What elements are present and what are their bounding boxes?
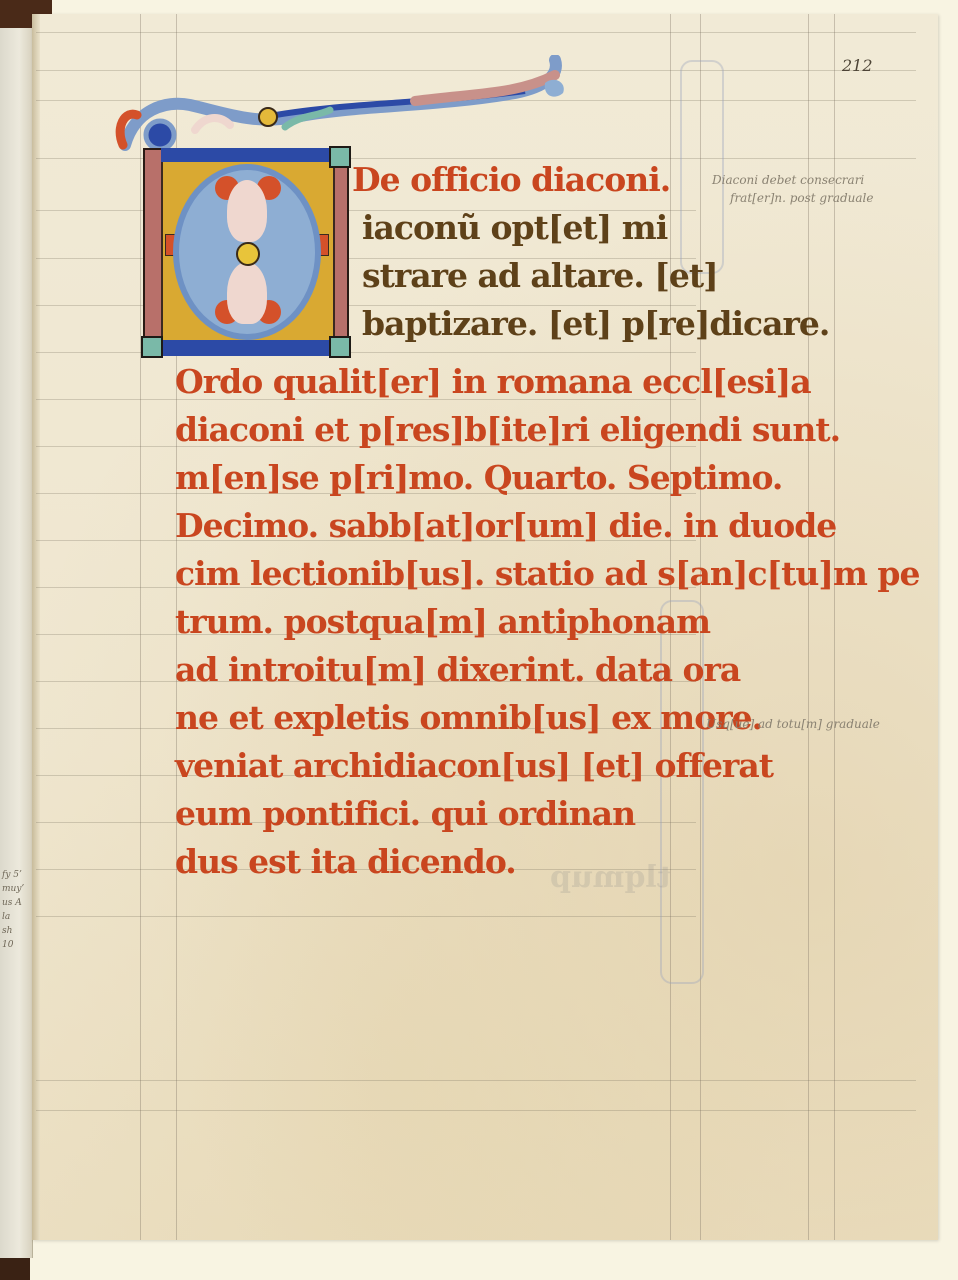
ruling-line-horizontal (36, 32, 916, 33)
initial-blue-band-bottom (161, 340, 331, 356)
facing-page-edge: fy 5’ muy’ us A la sh 10 (0, 28, 33, 1258)
text-line: strare ad altare. [et] (362, 256, 718, 295)
rubric-line: trum. postqua[m] antiphonam (175, 602, 710, 641)
acanthus-leaf-icon (227, 180, 267, 242)
gold-boss-icon (236, 242, 260, 266)
marginal-gloss: Diaconi debet consecrari (712, 172, 864, 188)
text-line: iaconũ opt[et] mi (362, 208, 667, 247)
corner-ornament-icon (329, 146, 351, 168)
rubric-heading: De officio diaconi. (352, 160, 670, 199)
ruling-line-horizontal (36, 352, 696, 353)
acanthus-leaf-icon (227, 262, 267, 324)
text-line: baptizare. [et] p[re]dicare. (362, 304, 829, 343)
rubric-line: dus est ita dicendo. (175, 842, 516, 881)
rubric-line: m[en]se p[ri]mo. Quarto. Septimo. (175, 458, 782, 497)
rubric-line: Ordo qualit[er] in romana eccl[esi]a (175, 362, 811, 401)
marginal-gloss: Usq[ue] ad totu[m] graduale (706, 716, 880, 732)
ruling-line-vertical (140, 14, 141, 1240)
ruling-line-horizontal (36, 916, 696, 917)
corner-ornament-icon (141, 336, 163, 358)
rubric-line: ad introitu[m] dixerint. data ora (175, 650, 740, 689)
corner-ornament-icon (329, 336, 351, 358)
initial-letter-bowl (173, 164, 321, 340)
rubric-line: diaconi et p[res]b[ite]ri eligendi sunt. (175, 410, 840, 449)
marginal-gloss: frat[er]n. post graduale (730, 190, 874, 206)
initial-scroll-extender (115, 55, 575, 155)
rubric-line: cim lectionib[us]. statio ad s[an]c[tu]m… (175, 554, 919, 593)
rubric-line: veniat archidiacon[us] [et] offerat (175, 746, 773, 785)
ruling-line-horizontal (36, 1080, 916, 1081)
rubric-line: Decimo. sabb[at]or[um] die. in duode (175, 506, 836, 545)
bleed-through-text: tlqmup (550, 860, 671, 895)
ruling-line-horizontal (36, 1110, 916, 1111)
rubric-line: ne et expletis omnib[us] ex more. (175, 698, 762, 737)
scroll-ornament-icon (115, 55, 575, 155)
bleed-through-initial (680, 60, 724, 274)
illuminated-initial (143, 148, 349, 356)
initial-blue-band-top (161, 148, 331, 162)
facing-page-notes: fy 5’ muy’ us A la sh 10 (2, 868, 32, 952)
page-gutter (32, 14, 40, 1240)
rubric-line: eum pontifici. qui ordinan (175, 794, 635, 833)
folio-number: 212 (842, 56, 873, 75)
